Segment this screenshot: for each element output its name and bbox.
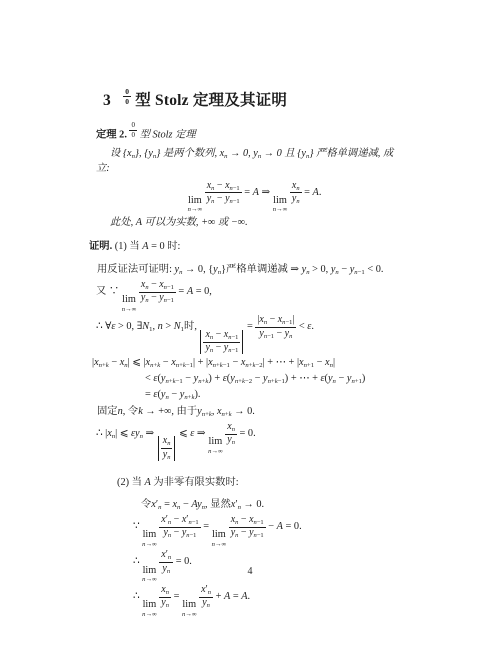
telescoping-line-3: = ε(yn − yn+k). bbox=[145, 388, 420, 403]
theorem-statement-2: 立: bbox=[96, 162, 420, 177]
case2-header: (2) 当 A 为非零有限实数时: bbox=[117, 476, 420, 491]
remark-a-range: 此处, A 可以为实数, +∞ 或 −∞. bbox=[96, 216, 420, 231]
fix-n-line: 固定n, 令k → +∞, 由于yn+k, xn+k → 0. bbox=[97, 405, 420, 420]
case2-final-line: ∴ limn→∞ xnyn = limn→∞ x′nyn + A = A. bbox=[133, 585, 420, 619]
case2-limit-line: ∵ limn→∞ x′n − x′n−1yn − yn−1 = limn→∞ x… bbox=[133, 515, 420, 549]
conclusion-case1-line: ∴ |xn| ⩽ εyn ⇒ xnyn ⩽ ε ⇒ limn→∞ xnyn = … bbox=[96, 422, 420, 461]
case2-setup-line: 令x′n = xn − Ayn, 显然x′n → 0. bbox=[141, 498, 420, 513]
display-equation-stolz: limn→∞ xn − xn−1yn − yn−1 = A ⇒ limn→∞ x… bbox=[89, 181, 420, 215]
proof-epsilon-line: ∴ ∀ε > 0, ∃N1, n > N1时, xn − xn−1yn − yn… bbox=[96, 315, 420, 354]
proof-limit-zero-line: 又 ∵ limn→∞ xn − xn−1yn − yn−1 = A = 0, bbox=[96, 280, 420, 314]
section-heading: 3 00 型 Stolz 定理及其证明 bbox=[103, 88, 420, 111]
proof-contradiction-line: 用反证法可证明: yn → 0, {yn}严格单调递减 ⇒ yn > 0, yn… bbox=[97, 263, 420, 278]
telescoping-line-2: < ε(yn+k−1 − yn+k) + ε(yn+k−2 − yn+k−1) … bbox=[145, 372, 420, 387]
theorem-label: 定理 2. 00 型 Stolz 定理 bbox=[96, 122, 420, 143]
page-number: 4 bbox=[0, 566, 500, 577]
document-page: 3 00 型 Stolz 定理及其证明定理 2. 00 型 Stolz 定理设 … bbox=[0, 0, 500, 647]
doc-lines: 3 00 型 Stolz 定理及其证明定理 2. 00 型 Stolz 定理设 … bbox=[0, 0, 500, 618]
proof-case1-header: 证明. (1) 当 A = 0 时: bbox=[89, 240, 420, 255]
theorem-statement-1: 设 {xn}, {yn} 是两个数列, xn → 0, yn → 0 且 {yn… bbox=[96, 147, 420, 162]
telescoping-line-1: |xn+k − xn| ⩽ |xn+k − xn+k−1| + |xn+k−1 … bbox=[92, 356, 420, 371]
